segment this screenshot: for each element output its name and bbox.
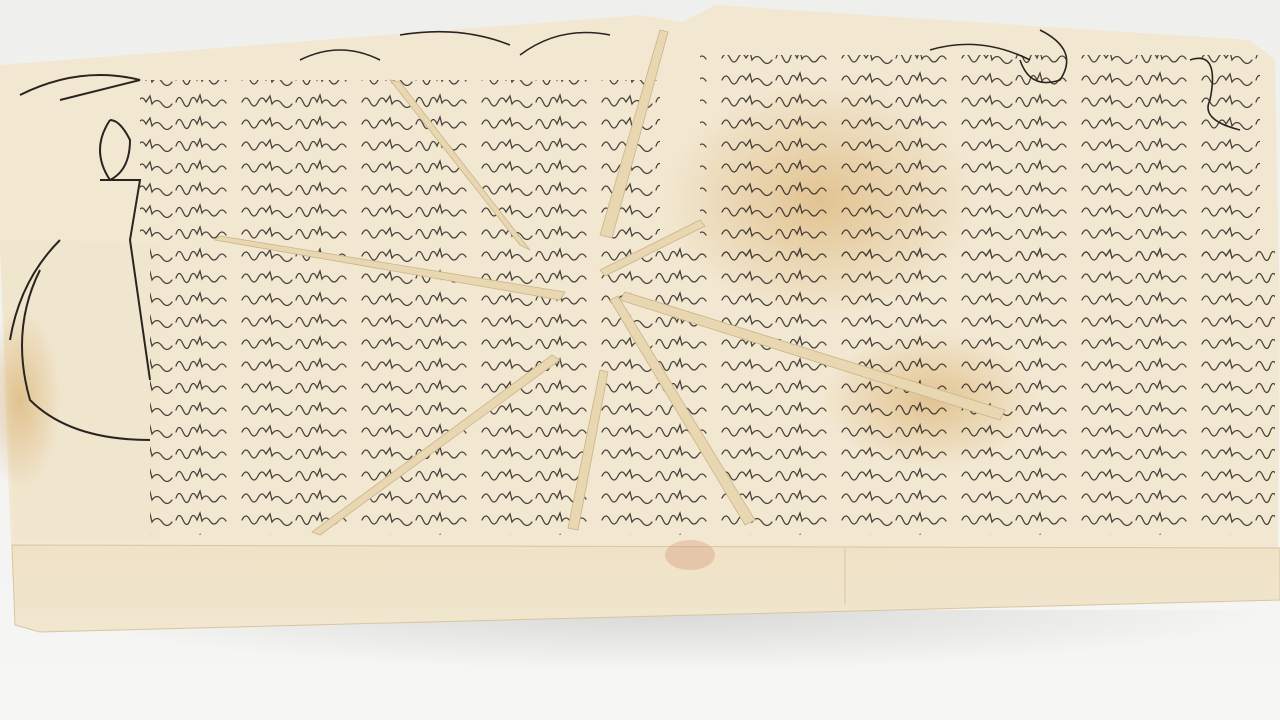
plica-fold: [12, 545, 1280, 632]
parchment-document: [0, 0, 1280, 720]
photo-scene: [0, 0, 1280, 720]
red-stain: [665, 540, 715, 570]
